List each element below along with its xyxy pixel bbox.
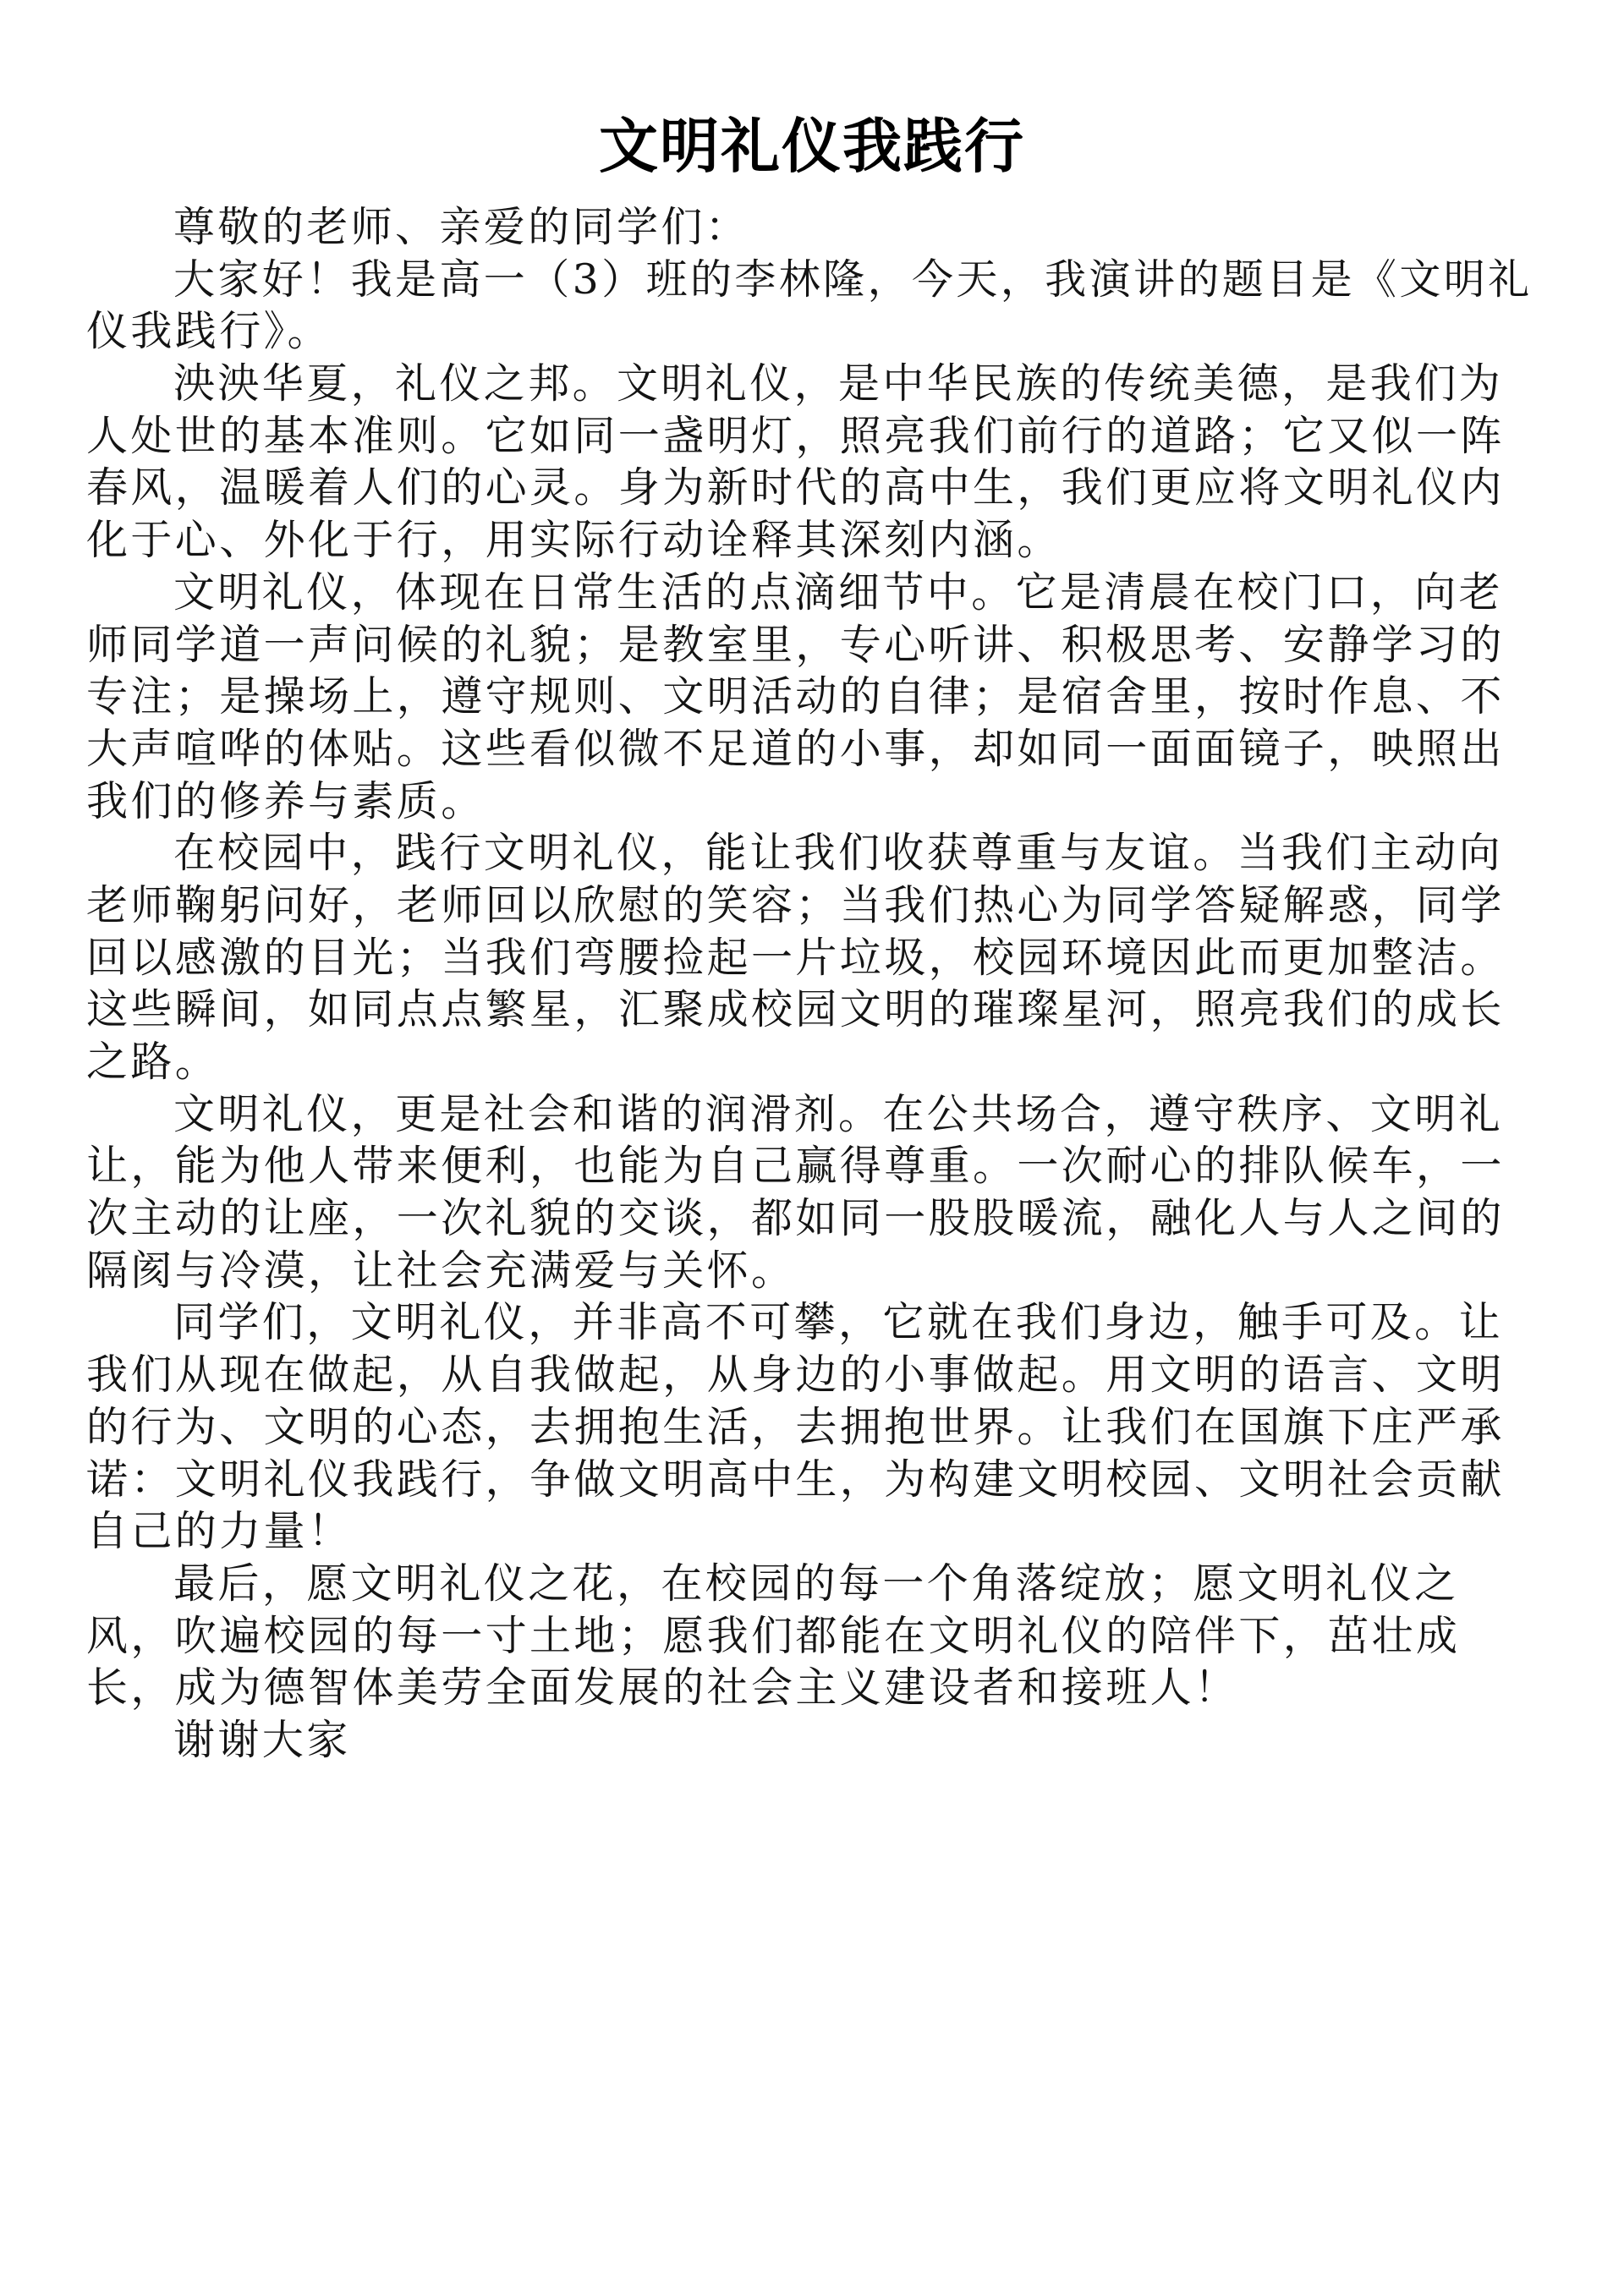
document-title: 文明礼仪我践行 [0,108,1624,184]
document-body: 尊敬的老师、亲爱的同学们： 大家好！我是高一（3）班的李林隆，今天，我演讲的题目… [173,201,1561,1767]
text-line: 文明礼仪，体现在日常生活的点滴细节中。它是清晨在校门口，向老 [86,567,1473,619]
text-line: 我们的修养与素质。 [86,775,1473,828]
text-line: 谢谢大家 [86,1714,1473,1767]
text-line: 让，能为他人带来便利，也能为自己赢得尊重。一次耐心的排队候车，一 [86,1140,1473,1192]
text-line: 春风，温暖着人们的心灵。身为新时代的高中生，我们更应将文明礼仪内 [86,462,1473,514]
text-line: 文明礼仪，更是社会和谐的润滑剂。在公共场合，遵守秩序、文明礼 [86,1088,1473,1141]
text-line: 我们从现在做起，从自我做起，从身边的小事做起。用文明的语言、文明 [86,1349,1473,1401]
text-line: 之路。 [86,1036,1473,1088]
text-line: 人处世的基本准则。它如同一盏明灯，照亮我们前行的道路；它又似一阵 [86,410,1473,463]
text-line: 的行为、文明的心态，去拥抱生活，去拥抱世界。让我们在国旗下庄严承 [86,1401,1473,1454]
text-line: 次主动的让座，一次礼貌的交谈，都如同一股股暖流，融化人与人之间的 [86,1192,1473,1245]
text-line: 泱泱华夏，礼仪之邦。文明礼仪，是中华民族的传统美德，是我们为 [86,358,1473,410]
body-lines: 尊敬的老师、亲爱的同学们： 大家好！我是高一（3）班的李林隆，今天，我演讲的题目… [86,201,1473,1767]
text-line: 在校园中，践行文明礼仪，能让我们收获尊重与友谊。当我们主动向 [86,827,1473,879]
text-line: 风，吹遍校园的每一寸土地；愿我们都能在文明礼仪的陪伴下，茁壮成 [86,1610,1473,1663]
text-line: 仪我践行》。 [86,305,1473,358]
document-page: 文明礼仪我践行 尊敬的老师、亲爱的同学们： 大家好！我是高一（3）班的李林隆，今… [0,0,1624,2296]
text-line: 尊敬的老师、亲爱的同学们： [86,201,1473,254]
text-line: 自己的力量！ [86,1505,1473,1558]
text-line: 化于心、外化于行，用实际行动诠释其深刻内涵。 [86,514,1473,567]
text-line: 回以感激的目光；当我们弯腰捡起一片垃圾，校园环境因此而更加整洁。 [86,932,1473,984]
text-line: 这些瞬间，如同点点繁星，汇聚成校园文明的璀璨星河，照亮我们的成长 [86,984,1473,1036]
text-line: 同学们，文明礼仪，并非高不可攀，它就在我们身边，触手可及。让 [86,1296,1473,1349]
text-line: 诺：文明礼仪我践行，争做文明高中生，为构建文明校园、文明社会贡献 [86,1454,1473,1506]
text-line: 老师鞠躬问好，老师回以欣慰的笑容；当我们热心为同学答疑解惑，同学 [86,879,1473,932]
text-line: 隔阂与冷漠，让社会充满爱与关怀。 [86,1245,1473,1297]
text-line: 大家好！我是高一（3）班的李林隆，今天，我演讲的题目是《文明礼 [86,254,1473,306]
text-line: 师同学道一声问候的礼貌；是教室里，专心听讲、积极思考、安静学习的 [86,619,1473,671]
text-line: 最后，愿文明礼仪之花，在校园的每一个角落绽放；愿文明礼仪之 [86,1558,1473,1610]
text-line: 大声喧哗的体贴。这些看似微不足道的小事，却如同一面面镜子，映照出 [86,723,1473,775]
text-line: 长，成为德智体美劳全面发展的社会主义建设者和接班人！ [86,1662,1473,1714]
text-line: 专注；是操场上，遵守规则、文明活动的自律；是宿舍里，按时作息、不 [86,671,1473,723]
